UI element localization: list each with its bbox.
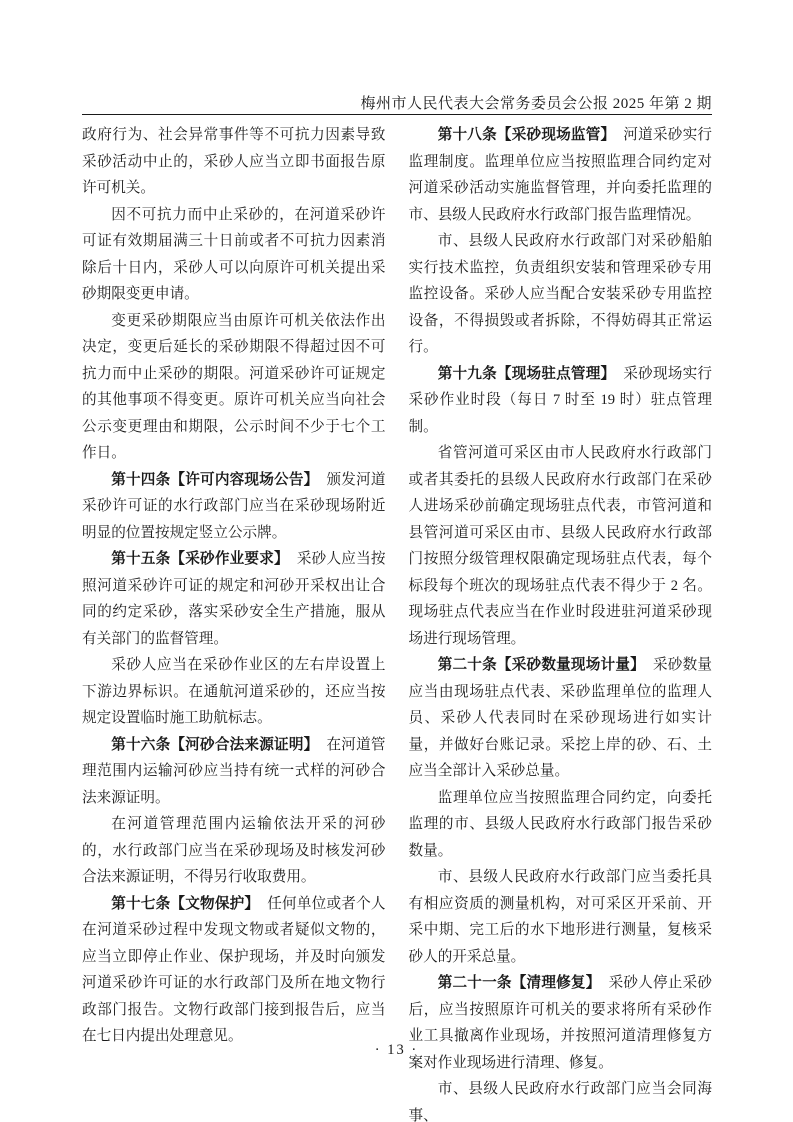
paragraph-text: 采砂人应当在采砂作业区的左右岸设置上下游边界标识。在通航河道采砂的，还应当按规定…: [82, 657, 386, 726]
paragraph: 因不可抗力而中止采砂的，在河道采砂许可证有效期届满三十日前或者不可抗力因素消除后…: [82, 202, 386, 308]
paragraph-article-20: 第二十条【采砂数量现场计量】采砂数量应当由现场驻点代表、采砂监理单位的监理人员、…: [409, 652, 713, 785]
right-column: 第十八条【采砂现场监管】河道采砂实行监理制度。监理单位应当按照监理合同约定对河道…: [409, 122, 713, 1122]
paragraph: 政府行为、社会异常事件等不可抗力因素导致采砂活动中止的，采砂人应当立即书面报告原…: [82, 122, 386, 202]
paragraph-text: 省管河道可采区由市人民政府水行政部门或者其委托的县级人民政府水行政部门在采砂人进…: [409, 445, 713, 647]
paragraph-text: 因不可抗力而中止采砂的，在河道采砂许可证有效期届满三十日前或者不可抗力因素消除后…: [82, 207, 386, 303]
paragraph-text: 政府行为、社会异常事件等不可抗力因素导致采砂活动中止的，采砂人应当立即书面报告原…: [82, 127, 386, 196]
paragraph-text: 监理单位应当按照监理合同约定，向委托监理的市、县级人民政府水行政部门报告采砂数量…: [409, 790, 713, 859]
paragraph: 省管河道可采区由市人民政府水行政部门或者其委托的县级人民政府水行政部门在采砂人进…: [409, 440, 713, 652]
paragraph-text: 任何单位或者个人在河道采砂过程中发现文物或者疑似文物的，应当立即停止作业、保护现…: [82, 896, 386, 1045]
paragraph: 变更采砂期限应当由原许可机关依法作出决定，变更后延长的采砂期限不得超过因不可抗力…: [82, 308, 386, 467]
header-rule: [82, 114, 712, 115]
paragraph-text: 在河道管理范围内运输依法开采的河砂的，水行政部门应当在采砂现场及时核发河砂合法来…: [82, 816, 386, 885]
paragraph-article-21: 第二十一条【清理修复】采砂人停止采砂后，应当按照原许可机关的要求将所有采砂作业工…: [409, 970, 713, 1076]
article-heading: 第十八条【采砂现场监管】: [438, 127, 616, 143]
article-heading: 第二十条【采砂数量现场计量】: [438, 657, 645, 673]
article-heading: 第十四条【许可内容现场公告】: [111, 472, 318, 488]
article-heading: 第十九条【现场驻点管理】: [438, 366, 616, 382]
paragraph: 市、县级人民政府水行政部门应当委托具有相应资质的测量机构，对可采区开采前、开采中…: [409, 864, 713, 970]
article-heading: 第十五条【采砂作业要求】: [111, 551, 289, 567]
paragraph: 采砂人应当在采砂作业区的左右岸设置上下游边界标识。在通航河道采砂的，还应当按规定…: [82, 652, 386, 732]
paragraph-article-15: 第十五条【采砂作业要求】采砂人应当按照河道采砂许可证的规定和河砂开采权出让合同的…: [82, 546, 386, 652]
paragraph-article-18: 第十八条【采砂现场监管】河道采砂实行监理制度。监理单位应当按照监理合同约定对河道…: [409, 122, 713, 228]
paragraph-text: 市、县级人民政府水行政部门对采砂船舶实行技术监控，负责组织安装和管理采砂专用监控…: [409, 233, 713, 355]
paragraph-article-19: 第十九条【现场驻点管理】采砂现场实行采砂作业时段（每日 7 时至 19 时）驻点…: [409, 361, 713, 441]
two-column-body: 政府行为、社会异常事件等不可抗力因素导致采砂活动中止的，采砂人应当立即书面报告原…: [82, 122, 712, 1122]
article-heading: 第二十一条【清理修复】: [438, 975, 601, 991]
paragraph-text: 市、县级人民政府水行政部门应当委托具有相应资质的测量机构，对可采区开采前、开采中…: [409, 869, 713, 965]
gazette-page: 梅州市人民代表大会常务委员会公报 2025 年第 2 期 政府行为、社会异常事件…: [0, 0, 793, 1122]
article-heading: 第十七条【文物保护】: [111, 896, 259, 912]
paragraph-article-14: 第十四条【许可内容现场公告】颁发河道采砂许可证的水行政部门应当在采砂现场附近明显…: [82, 467, 386, 547]
paragraph: 监理单位应当按照监理合同约定，向委托监理的市、县级人民政府水行政部门报告采砂数量…: [409, 785, 713, 865]
running-header: 梅州市人民代表大会常务委员会公报 2025 年第 2 期: [82, 92, 712, 113]
left-column: 政府行为、社会异常事件等不可抗力因素导致采砂活动中止的，采砂人应当立即书面报告原…: [82, 122, 386, 1122]
paragraph-text: 采砂数量应当由现场驻点代表、采砂监理单位的监理人员、采砂人代表同时在采砂现场进行…: [409, 657, 713, 779]
paragraph: 在河道管理范围内运输依法开采的河砂的，水行政部门应当在采砂现场及时核发河砂合法来…: [82, 811, 386, 891]
page-number: · 13 ·: [0, 1042, 793, 1059]
paragraph-article-16: 第十六条【河砂合法来源证明】在河道管理范围内运输河砂应当持有统一式样的河砂合法来…: [82, 732, 386, 812]
paragraph: 市、县级人民政府水行政部门对采砂船舶实行技术监控，负责组织安装和管理采砂专用监控…: [409, 228, 713, 361]
paragraph-text: 市、县级人民政府水行政部门应当会同海事、: [409, 1081, 713, 1122]
paragraph: 市、县级人民政府水行政部门应当会同海事、: [409, 1076, 713, 1122]
paragraph-article-17: 第十七条【文物保护】任何单位或者个人在河道采砂过程中发现文物或者疑似文物的，应当…: [82, 891, 386, 1050]
paragraph-text: 变更采砂期限应当由原许可机关依法作出决定，变更后延长的采砂期限不得超过因不可抗力…: [82, 313, 386, 462]
article-heading: 第十六条【河砂合法来源证明】: [111, 737, 318, 753]
